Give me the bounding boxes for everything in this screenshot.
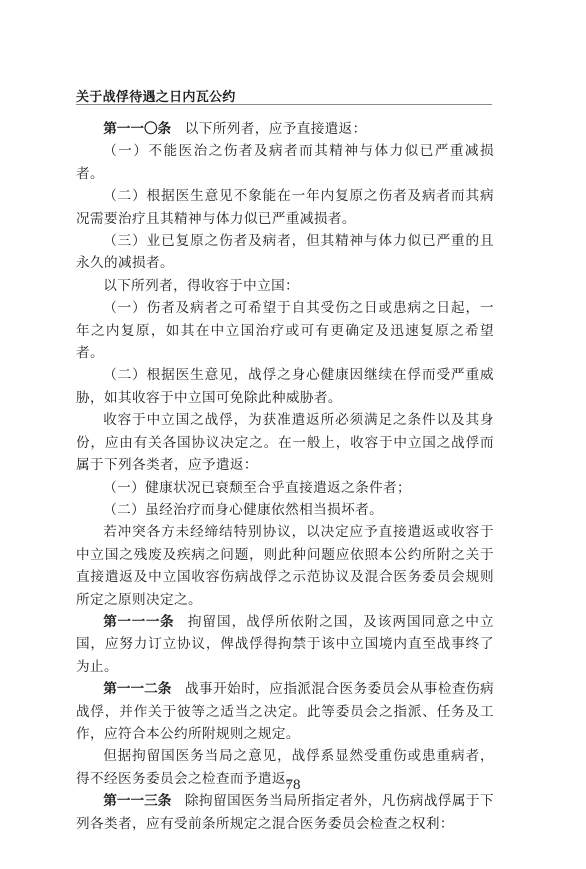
paragraph: 以下所列者，得收容于中立国： [76,275,494,297]
body-text: 第一一〇条以下所列者，应予直接遣返： （一）不能医治之伤者及病者而其精神与体力似… [76,118,494,835]
page-number: 78 [0,777,586,794]
paragraph: 第一一〇条以下所列者，应予直接遣返： [76,118,494,140]
paragraph: 若冲突各方未经缔结特别协议，以决定应予直接遣返或收容于中立国之残废及疾病之问题，… [76,521,494,611]
article-number: 第一一〇条 [103,121,171,137]
paragraph: 第一一二条战事开始时，应指派混合医务委员会从事检查伤病战俘，并作关于彼等之适当之… [76,678,494,745]
paragraph: （二）根据医生意见不象能在一年内复原之伤者及病者而其病况需要治疗且其精神与体力似… [76,185,494,230]
paragraph: 收容于中立国之战俘，为获准遣返所必须满足之条件以及其身份，应由有关各国协议决定之… [76,409,494,476]
document-page: 关于战俘待遇之日内瓦公约 第一一〇条以下所列者，应予直接遣返： （一）不能医治之… [0,0,586,869]
paragraph: （三）业已复原之伤者及病者，但其精神与体力似已严重的且永久的减损者。 [76,230,494,275]
paragraph: （一）健康状况已衰颓至合乎直接遣返之条件者； [76,477,494,499]
article-number: 第一一二条 [103,681,171,697]
paragraph: （二）根据医生意见，战俘之身心健康因继续在俘而受严重威胁，如其收容于中立国可免除… [76,364,494,409]
header-rule [76,104,492,105]
paragraph: 第一一一条拘留国，战俘所依附之国，及该两国同意之中立国，应努力订立协议，俾战俘得… [76,611,494,678]
paragraph: （二）虽经治疗而身心健康依然相当损坏者。 [76,499,494,521]
article-number: 第一一一条 [103,614,174,630]
running-title: 关于战俘待遇之日内瓦公约 [76,86,236,105]
paragraph: （一）不能医治之伤者及病者而其精神与体力似已严重减损者。 [76,140,494,185]
paragraph: 第一一三条除拘留国医务当局所指定者外，凡伤病战俘属于下列各类者，应有受前条所规定… [76,790,494,835]
paragraph: （一）伤者及病者之可希望于自其受伤之日或患病之日起，一年之内复原，如其在中立国治… [76,297,494,364]
article-number: 第一一三条 [103,793,171,809]
